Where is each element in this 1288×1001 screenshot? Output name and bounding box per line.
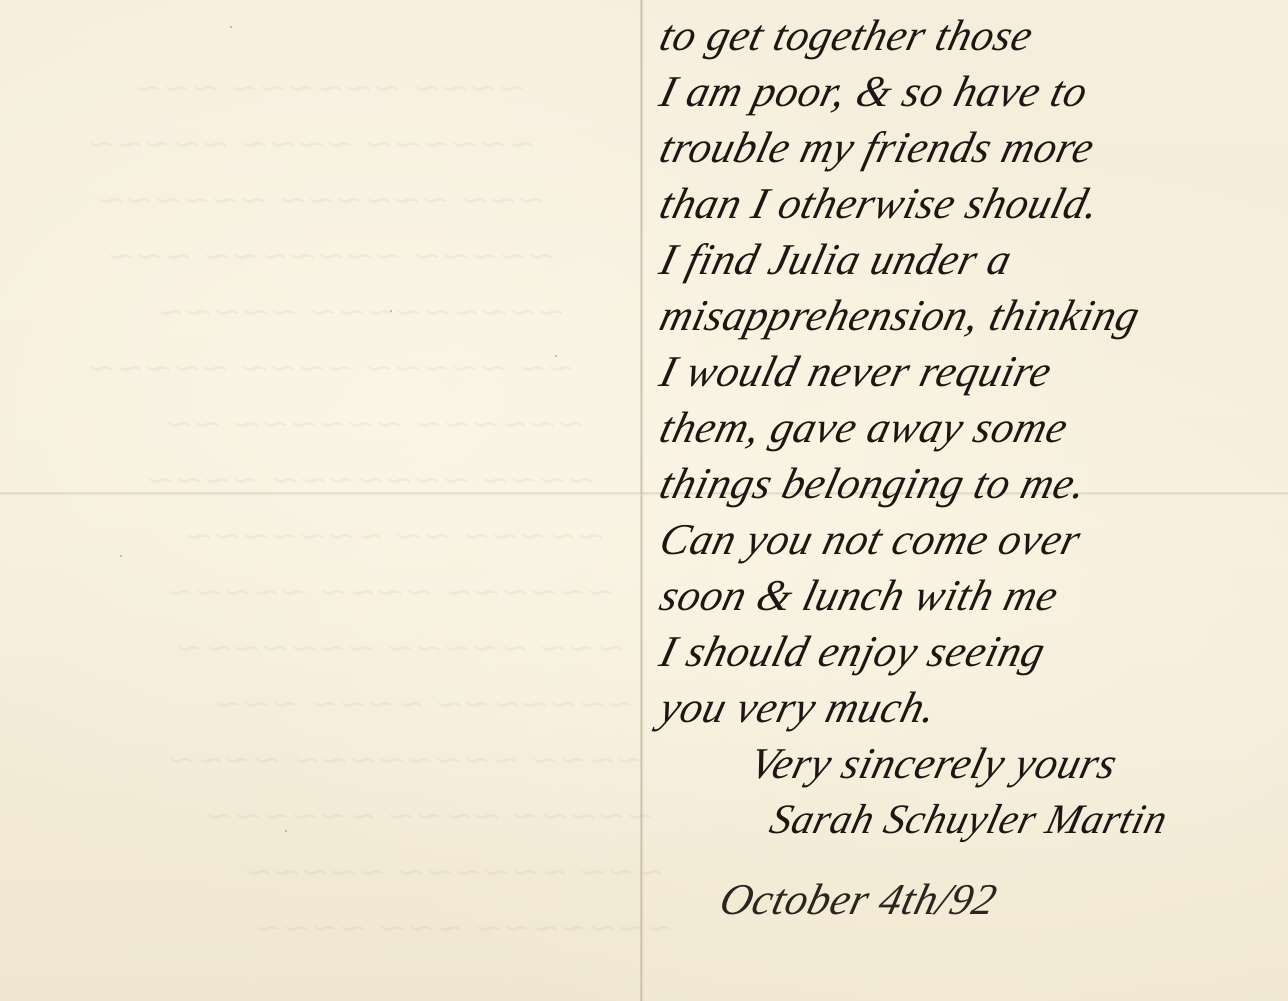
paper-speck <box>120 555 122 557</box>
left-page: ~~~~ ~~~~~~ ~~~ ~~~~~~ ~~~~ ~~~~~ ~~~ ~~… <box>0 0 642 1001</box>
letter-line: misapprehension, thinking <box>654 288 1288 344</box>
letter-line: you very much. <box>654 680 1288 736</box>
letter-line: to get together those <box>654 8 1288 64</box>
letter-line: things belonging to me. <box>654 456 1288 512</box>
paper-speck <box>555 355 557 357</box>
letter-line: Can you not come over <box>654 512 1288 568</box>
letter-date: October 4th/92 <box>654 872 1288 928</box>
letter-signature: Sarah Schuyler Martin <box>654 792 1288 848</box>
letter-closing: Very sincerely yours <box>654 736 1288 792</box>
letter-line: than I otherwise should. <box>654 176 1288 232</box>
letter-line: trouble my friends more <box>654 120 1288 176</box>
letter-line: I should enjoy seeing <box>654 624 1288 680</box>
letter-line: soon & lunch with me <box>654 568 1288 624</box>
letter-body: to get together those I am poor, & so ha… <box>654 8 1284 928</box>
letter-line: them, gave away some <box>654 400 1288 456</box>
letter-line: I find Julia under a <box>654 232 1288 288</box>
ink-bleed-through: ~~~~ ~~~~~~ ~~~ ~~~~~~ ~~~~ ~~~~~ ~~~ ~~… <box>0 60 679 956</box>
letter-line: I am poor, & so have to <box>654 64 1288 120</box>
letter-spread: ~~~~ ~~~~~~ ~~~ ~~~~~~ ~~~~ ~~~~~ ~~~ ~~… <box>0 0 1288 1001</box>
paper-speck <box>285 830 287 832</box>
right-page: to get together those I am poor, & so ha… <box>644 0 1288 1001</box>
paper-speck <box>230 26 232 28</box>
letter-line: I would never require <box>654 344 1288 400</box>
paper-speck <box>390 310 392 312</box>
